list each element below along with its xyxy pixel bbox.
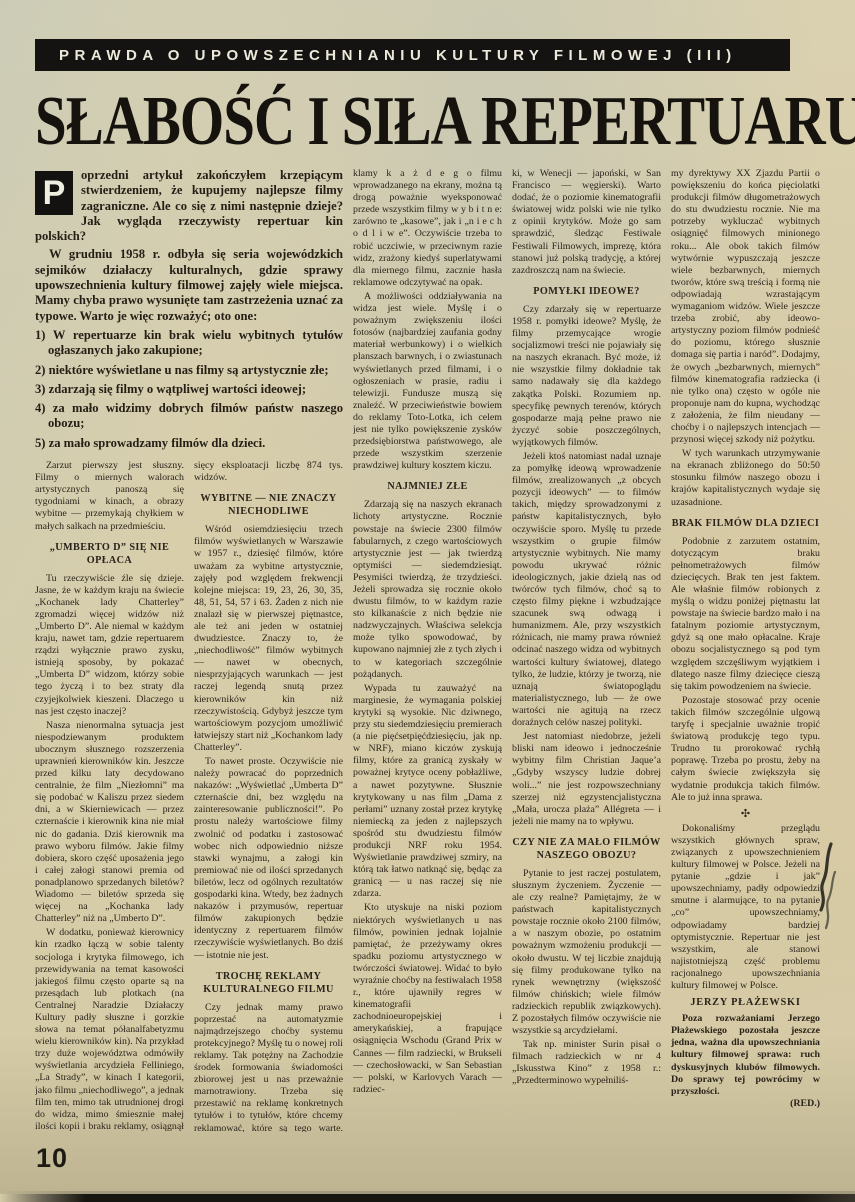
paragraph: W dodatku, ponieważ kierownicy kin rzadk… [35,927,184,1132]
intro-paragraph-1-text: oprzedni artykuł zakończyłem krzepiącym … [35,168,343,243]
paragraph: Zdarzają się na naszych ekranach lichoty… [353,499,502,680]
paragraph: To nawet proste. Oczywiście nie należy p… [194,756,343,962]
intro-lead: Poprzedni artykuł zakończyłem krzepiącym… [35,168,343,451]
paragraph: Zarzut pierwszy jest słuszny. Filmy o mi… [35,460,184,533]
demand-item: 1) W repertuarze kin brak wielu wybitnyc… [35,328,343,359]
drop-cap: P [35,171,73,215]
paragraph: Dokonaliśmy przeglądu wszystkich głównyc… [671,823,820,992]
demand-item: 2) niektóre wyświetlane u nas filmy są a… [35,363,343,378]
article-body: Poprzedni artykuł zakończyłem krzepiącym… [35,168,825,1160]
paragraph: Podobnie z zarzutem ostatnim, dotyczącym… [671,536,820,693]
paragraph-continued: sięcy eksploatacji liczbę 874 tys. widzó… [194,460,343,484]
section-divider-ornament: ✣ [671,808,820,820]
paragraph: A możliwości oddziaływania na widza jest… [353,291,502,472]
scan-edge-bar [0,1194,855,1202]
article-column-3: klamy k a ż d e g o filmu wprowadzanego … [353,168,502,1160]
demand-item: 3) zdarzają się filmy o wątpliwej wartoś… [35,382,343,397]
section-heading: POMYŁKI IDEOWE? [512,285,661,298]
paragraph: W tych warunkach utrzymywanie na ekranac… [671,448,820,508]
lower-left-columns: Zarzut pierwszy jest słuszny. Filmy o mi… [35,460,343,1132]
left-column-group: Poprzedni artykuł zakończyłem krzepiącym… [35,168,343,1160]
demand-item: 4) za mało widzimy dobrych filmów państw… [35,401,343,432]
ink-scribble-mark [811,842,839,938]
paragraph-continued: my dyrektywy XX Zjazdu Partii o powiększ… [671,168,820,446]
demand-item: 5) za mało sprowadzamy filmów dla dzieci… [35,436,343,451]
section-heading: TROCHĘ REKLAMY KULTURALNEGO FILMU [194,970,343,996]
paragraph-continued: ki, w Wenecji — japoński, w San Francisc… [512,168,661,277]
paragraph: Pytanie to jest raczej postulatem, słusz… [512,868,661,1037]
paragraph: Wypada tu zauważyć na marginesie, że wym… [353,683,502,901]
article-column-2: sięcy eksploatacji liczbę 874 tys. widzó… [194,460,343,1132]
paragraph: Pozostaje stosować przy ocenie takich fi… [671,695,820,804]
article-column-1: Zarzut pierwszy jest słuszny. Filmy o mi… [35,460,184,1132]
page-number: 10 [36,1143,68,1174]
article-column-5: my dyrektywy XX Zjazdu Partii o powiększ… [671,168,820,1160]
newspaper-page: PRAWDA O UPOWSZECHNIANIU KULTURY FILMOWE… [0,0,855,1202]
section-heading: „UMBERTO D” SIĘ NIE OPŁACA [35,541,184,567]
section-heading: BRAK FILMÓW DLA DZIECI [671,517,820,530]
author-signature: JERZY PŁAŻEWSKI [671,997,820,1009]
paragraph: Tak np. minister Surin pisał o filmach r… [512,1039,661,1087]
paragraph: Jest natomiast niedobrze, jeżeli bliski … [512,731,661,828]
article-column-4: ki, w Wenecji — japoński, w San Francisc… [512,168,661,1160]
section-heading: NAJMNIEJ ZŁE [353,480,502,493]
editorial-signature: (RED.) [671,1098,820,1110]
paragraph: Wśród osiemdziesięciu trzech filmów wyśw… [194,524,343,754]
paragraph: Czy zdarzały się w repertuarze 1958 r. p… [512,304,661,449]
paragraph: Tu rzeczywiście źle się dzieje. Jasne, ż… [35,573,184,718]
kicker-text: PRAWDA O UPOWSZECHNIANIU KULTURY FILMOWE… [59,47,737,64]
paragraph: Jeżeli ktoś natomiast nadal uznaje za po… [512,451,661,729]
paragraph: Kto utyskuje na niski poziom niektórych … [353,902,502,1096]
editorial-note: Poza rozważaniami Jerzego Płażewskiego p… [671,1013,820,1098]
paragraph: Czy jednak mamy prawo poprzestać na auto… [194,1002,343,1132]
section-heading: WYBITNE — NIE ZNACZY NIECHODLIWE [194,492,343,518]
intro-paragraph-1: Poprzedni artykuł zakończyłem krzepiącym… [35,168,343,244]
demands-list: 1) W repertuarze kin brak wielu wybitnyc… [35,328,343,451]
intro-paragraph-2: W grudniu 1958 r. odbyła się seria wojew… [35,247,343,323]
paragraph: Nasza nienormalna sytuacja jest niespodz… [35,720,184,926]
paragraph-continued: klamy k a ż d e g o filmu wprowadzanego … [353,168,502,289]
page-title: SŁABOŚĆ I SIŁA REPERTUARU [35,82,823,161]
section-heading: CZY NIE ZA MAŁO FILMÓW NASZEGO OBOZU? [512,836,661,862]
kicker-banner: PRAWDA O UPOWSZECHNIANIU KULTURY FILMOWE… [35,39,790,71]
